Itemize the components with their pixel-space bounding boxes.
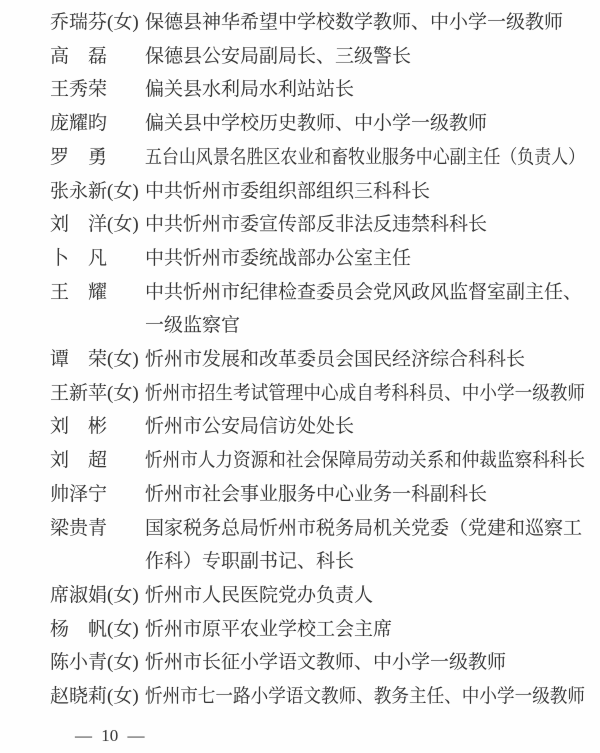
entry-name-cell: 乔瑞芬(女) xyxy=(50,6,145,40)
page-number: — 10 — xyxy=(75,725,600,747)
entry-name: 刘 超 xyxy=(50,450,107,471)
entry-name-cell: 王秀荣 xyxy=(50,73,145,107)
entry-title: 忻州市人力资源和社会保障局劳动关系和仲裁监察科科长 xyxy=(145,444,553,478)
list-item: 高 磊 保德县公安局副局长、三级警长 xyxy=(0,40,600,74)
entry-title: 偏关县水利局水利站站长 xyxy=(145,73,585,107)
entry-title: 忻州市七一路小学语文教师、教务主任、中小学一级教师 xyxy=(145,680,553,714)
list-item: 谭 荣(女) 忻州市发展和改革委员会国民经济综合科科长 xyxy=(0,343,600,377)
gender-mark: (女) xyxy=(107,12,139,33)
entry-name-cell: 张永新(女) xyxy=(50,175,145,209)
list-item: 刘 彬 忻州市公安局信访处处长 xyxy=(0,410,600,444)
entry-name-cell: 梁贵青 xyxy=(50,512,145,546)
list-item: 赵晓莉(女) 忻州市七一路小学语文教师、教务主任、中小学一级教师 xyxy=(0,680,600,714)
entry-name: 卜 凡 xyxy=(50,248,107,269)
entry-title: 中共忻州市委统战部办公室主任 xyxy=(145,242,585,276)
entry-title: 忻州市发展和改革委员会国民经济综合科科长 xyxy=(145,343,585,377)
entry-name-cell: 王 耀 xyxy=(50,276,145,310)
list-item: 卜 凡 中共忻州市委统战部办公室主任 xyxy=(0,242,600,276)
gender-mark: (女) xyxy=(107,585,139,606)
list-item: 张永新(女) 中共忻州市委组织部组织三科科长 xyxy=(0,175,600,209)
entry-name: 乔瑞芬 xyxy=(50,12,107,33)
gender-mark: (女) xyxy=(107,652,139,673)
entry-title: 忻州市长征小学语文教师、中小学一级教师 xyxy=(145,646,585,680)
entry-name-cell: 卜 凡 xyxy=(50,242,145,276)
entry-name: 庞耀昀 xyxy=(50,113,107,134)
entry-name-cell: 庞耀昀 xyxy=(50,107,145,141)
entry-title: 五台山风景名胜区农业和畜牧业服务中心副主任（负责人） xyxy=(145,141,537,175)
entry-name: 刘 洋 xyxy=(50,214,107,235)
entry-title: 中共忻州市纪律检查委员会党风政风监督室副主任、一级监察官 xyxy=(145,276,585,343)
entry-name: 谭 荣 xyxy=(50,349,107,370)
document-page: 乔瑞芬(女) 保德县神华希望中学校数学教师、中小学一级教师 高 磊 保德县公安局… xyxy=(0,0,600,753)
entry-name: 罗 勇 xyxy=(50,147,107,168)
entry-name: 王 耀 xyxy=(50,282,107,303)
entry-title: 忻州市招生考试管理中心成自考科科员、中小学一级教师 xyxy=(145,377,553,411)
entry-name: 帅泽宁 xyxy=(50,484,107,505)
list-item: 杨 帆(女) 忻州市原平农业学校工会主席 xyxy=(0,613,600,647)
list-item: 刘 洋(女) 中共忻州市委宣传部反非法反违禁科科长 xyxy=(0,208,600,242)
entry-title: 忻州市原平农业学校工会主席 xyxy=(145,613,585,647)
gender-mark: (女) xyxy=(107,383,139,404)
list-item: 梁贵青 国家税务总局忻州市税务局机关党委（党建和巡察工作科）专职副书记、科长 xyxy=(0,512,600,579)
list-item: 席淑娟(女) 忻州市人民医院党办负责人 xyxy=(0,579,600,613)
gender-mark: (女) xyxy=(107,181,139,202)
list-item: 王新苹(女) 忻州市招生考试管理中心成自考科科员、中小学一级教师 xyxy=(0,377,600,411)
entry-name: 席淑娟 xyxy=(50,585,107,606)
entry-title: 保德县神华希望中学校数学教师、中小学一级教师 xyxy=(145,6,585,40)
entry-name-cell: 刘 彬 xyxy=(50,410,145,444)
entry-title: 中共忻州市委组织部组织三科科长 xyxy=(145,175,585,209)
entry-title: 国家税务总局忻州市税务局机关党委（党建和巡察工作科）专职副书记、科长 xyxy=(145,512,585,579)
entry-title: 偏关县中学校历史教师、中小学一级教师 xyxy=(145,107,585,141)
list-item: 庞耀昀 偏关县中学校历史教师、中小学一级教师 xyxy=(0,107,600,141)
entry-name: 王秀荣 xyxy=(50,79,107,100)
entry-name-cell: 陈小青(女) xyxy=(50,646,145,680)
entry-name-cell: 刘 洋(女) xyxy=(50,208,145,242)
entry-name: 高 磊 xyxy=(50,46,107,67)
gender-mark: (女) xyxy=(107,214,139,235)
entry-name-cell: 罗 勇 xyxy=(50,141,145,175)
entry-title: 保德县公安局副局长、三级警长 xyxy=(145,40,585,74)
entry-name: 杨 帆 xyxy=(50,619,107,640)
entry-name-cell: 刘 超 xyxy=(50,444,145,478)
entry-name-cell: 高 磊 xyxy=(50,40,145,74)
gender-mark: (女) xyxy=(107,619,139,640)
entry-name-cell: 帅泽宁 xyxy=(50,478,145,512)
gender-mark: (女) xyxy=(107,349,139,370)
list-item: 刘 超 忻州市人力资源和社会保障局劳动关系和仲裁监察科科长 xyxy=(0,444,600,478)
list-item: 王秀荣 偏关县水利局水利站站长 xyxy=(0,73,600,107)
entry-name: 陈小青 xyxy=(50,652,107,673)
gender-mark: (女) xyxy=(107,686,139,707)
entry-title: 忻州市人民医院党办负责人 xyxy=(145,579,585,613)
entry-name: 张永新 xyxy=(50,181,107,202)
entry-name: 刘 彬 xyxy=(50,416,107,437)
list-item: 陈小青(女) 忻州市长征小学语文教师、中小学一级教师 xyxy=(0,646,600,680)
list-item: 罗 勇 五台山风景名胜区农业和畜牧业服务中心副主任（负责人） xyxy=(0,141,600,175)
entry-name-cell: 赵晓莉(女) xyxy=(50,680,145,714)
list-item: 帅泽宁 忻州市社会事业服务中心业务一科副科长 xyxy=(0,478,600,512)
entry-name: 梁贵青 xyxy=(50,518,107,539)
entry-name-cell: 杨 帆(女) xyxy=(50,613,145,647)
entry-name-cell: 席淑娟(女) xyxy=(50,579,145,613)
entry-title: 忻州市社会事业服务中心业务一科副科长 xyxy=(145,478,585,512)
list-item: 乔瑞芬(女) 保德县神华希望中学校数学教师、中小学一级教师 xyxy=(0,6,600,40)
entry-title: 中共忻州市委宣传部反非法反违禁科科长 xyxy=(145,208,585,242)
entry-name: 王新苹 xyxy=(50,383,107,404)
entry-name-cell: 谭 荣(女) xyxy=(50,343,145,377)
entry-name: 赵晓莉 xyxy=(50,686,107,707)
entry-name-cell: 王新苹(女) xyxy=(50,377,145,411)
list-item: 王 耀 中共忻州市纪律检查委员会党风政风监督室副主任、一级监察官 xyxy=(0,276,600,343)
entry-title: 忻州市公安局信访处处长 xyxy=(145,410,585,444)
award-list: 乔瑞芬(女) 保德县神华希望中学校数学教师、中小学一级教师 高 磊 保德县公安局… xyxy=(0,6,600,714)
